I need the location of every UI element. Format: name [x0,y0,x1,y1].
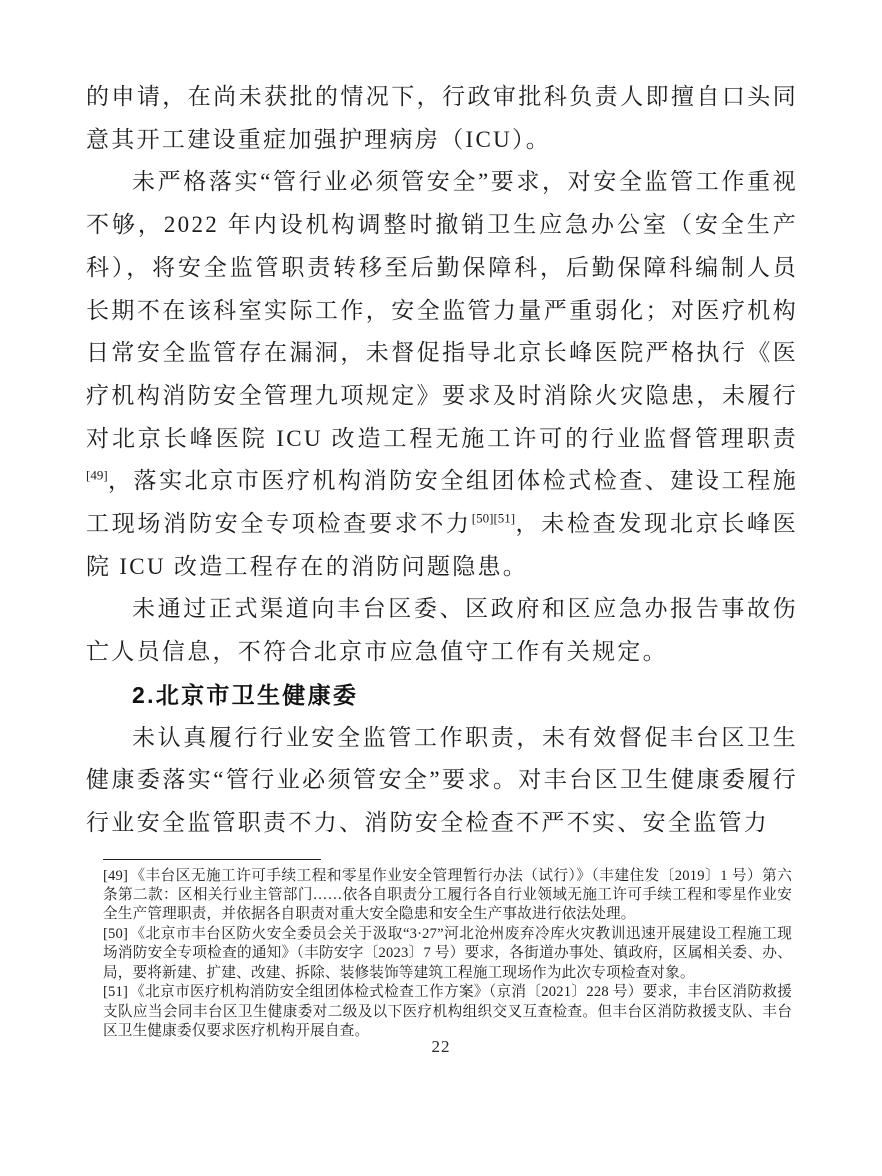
footnote-51: [51]《北京市医疗机构消防安全组团体检式检查工作方案》（京消〔2021〕228… [103,983,792,1041]
paragraph-continuation: 的申请，在尚未获批的情况下，行政审批科负责人即擅自口头同意其开工建设重症加强护理… [86,76,798,161]
paragraph-supervision-failures: 未严格落实“管行业必须管安全”要求，对安全监管工作重视不够，2022 年内设机构… [86,161,798,588]
footnote-text: 《丰台区无施工许可手续工程和零星作业安全管理暂行办法（试行）》（丰建住发〔201… [103,868,792,923]
document-page: 的申请，在尚未获批的情况下，行政审批科负责人即擅自口头同意其开工建设重症加强护理… [0,0,882,1176]
footnote-text: 《北京市医疗机构消防安全组团体检式检查工作方案》（京消〔2021〕228 号）要… [103,984,792,1039]
footnote-label: [50] [103,926,130,942]
paragraph-health-commission-failures: 未认真履行行业安全监管工作职责，未有效督促丰台区卫生健康委落实“管行业必须管安全… [86,717,798,845]
footnote-area: [49]《丰台区无施工许可手续工程和零星作业安全管理暂行办法（试行）》（丰建住发… [86,859,798,1042]
footnote-ref-50: [50] [472,510,494,525]
footnote-separator-rule [103,859,321,860]
paragraph-reporting-violation: 未通过正式渠道向丰台区委、区政府和区应急办报告事故伤亡人员信息，不符合北京市应急… [86,588,798,673]
footnote-label: [49] [103,868,130,884]
footnote-ref-51: [51] [493,510,515,525]
footnote-text: 《北京市丰台区防火安全委员会关于汲取“3·27”河北沧州废弃冷库火灾教训迅速开展… [103,926,792,981]
paragraph-text: 未严格落实“管行业必须管安全”要求，对安全监管工作重视不够，2022 年内设机构… [86,169,798,450]
footnote-ref-49: [49] [86,468,108,483]
page-number: 22 [0,1037,882,1057]
footnote-label: [51] [103,984,130,1000]
footnote-50: [50]《北京市丰台区防火安全委员会关于汲取“3·27”河北沧州废弃冷库火灾教训… [103,925,792,983]
footnote-49: [49]《丰台区无施工许可手续工程和零星作业安全管理暂行办法（试行）》（丰建住发… [103,867,792,925]
page-body: 的申请，在尚未获批的情况下，行政审批科负责人即擅自口头同意其开工建设重症加强护理… [86,76,798,845]
section-heading-beijing-health-commission: 2.北京市卫生健康委 [86,674,798,717]
